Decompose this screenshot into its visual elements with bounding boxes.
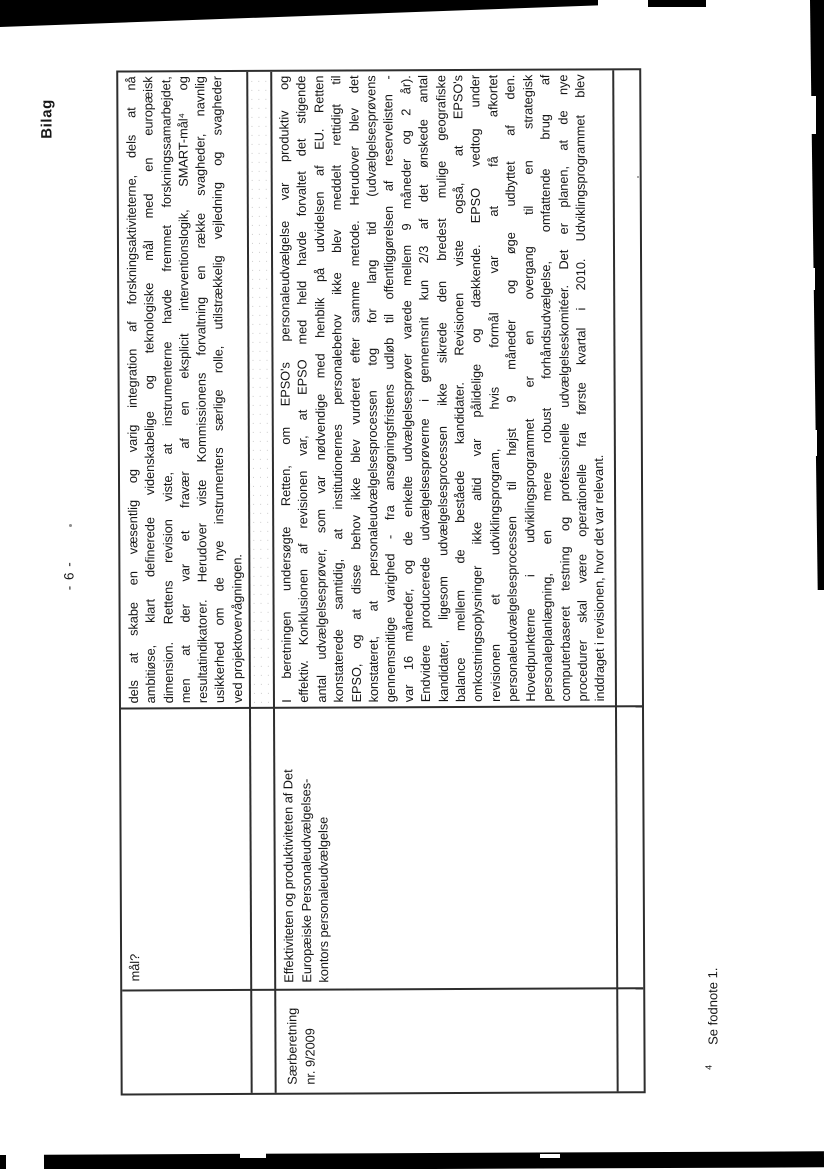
scan-speck	[637, 176, 639, 178]
footnote-marker: 4	[704, 1065, 714, 1070]
text-line: Europæiske Personaleudvælgelses-	[297, 709, 316, 983]
scan-artifact-top-blob	[648, 0, 706, 7]
scan-noise	[248, 74, 273, 707]
report-table: mål? dels at skabe en væsentlig og varig…	[116, 68, 645, 1095]
scan-artifact-corner	[0, 1155, 6, 1169]
text-line: procedurer skal være operationelle fra f…	[571, 74, 591, 701]
text-line: nr. 9/2009	[301, 992, 319, 1085]
table-cell-report-name: Særberetningnr. 9/2009	[283, 992, 319, 1085]
text-line: personaleplanlægning, en mere robust for…	[536, 75, 556, 702]
table-cell-title-fragment: mål?	[125, 721, 143, 981]
table-grid-line	[122, 987, 643, 991]
text-line: inddraget i revisionen, hvor det var rel…	[589, 74, 609, 701]
scan-artifact-bottom-edge	[44, 1151, 824, 1169]
page-number: - 6 -	[61, 541, 76, 611]
table-cell-body-continued: dels at skabe en væsentlig og varig inte…	[122, 76, 246, 704]
scan-speck	[69, 524, 72, 527]
text-line: ambitiøse, klart definerede videnskabeli…	[140, 76, 160, 703]
text-line: Særberetning	[283, 992, 301, 1085]
text-line: usikkerhed om de nye instrumenters særli…	[209, 76, 229, 703]
scan-artifact-gap	[540, 1154, 560, 1158]
table-grid-line	[612, 70, 618, 1091]
scanned-page: Bilag - 6 - mål? dels at skabe en væsent…	[0, 0, 824, 1169]
footnote-text: Se fodnote 1.	[705, 968, 720, 1045]
scan-artifact-gap	[810, 268, 815, 290]
scan-artifact-gap	[812, 430, 817, 456]
table-grid-line	[121, 705, 642, 709]
table-cell-report-body: I beretningen undersøgte Retten, om EPSO…	[275, 74, 608, 702]
text-line: Effektiviteten og produktiviteten af Det	[279, 709, 298, 983]
scan-artifact-gap	[810, 96, 816, 134]
text-line: kontors personaleudvælgelse	[314, 709, 333, 983]
table-cell-report-title: Effektiviteten og produktiviteten af Det…	[279, 709, 333, 983]
document-sheet: Bilag - 6 - mål? dels at skabe en væsent…	[0, 0, 824, 1167]
scan-speck	[458, 416, 460, 418]
text-line: Endvidere producerede udvælgelsesprøvern…	[414, 75, 434, 702]
scan-artifact-gap	[240, 1153, 266, 1158]
text-line: ved projektovervågningen.	[226, 76, 246, 703]
appendix-header: Bilag	[38, 99, 55, 139]
text-line: konstaterede samtidig, at institutionern…	[327, 75, 347, 702]
footnote: 4Se fodnote 1.	[703, 968, 720, 1070]
